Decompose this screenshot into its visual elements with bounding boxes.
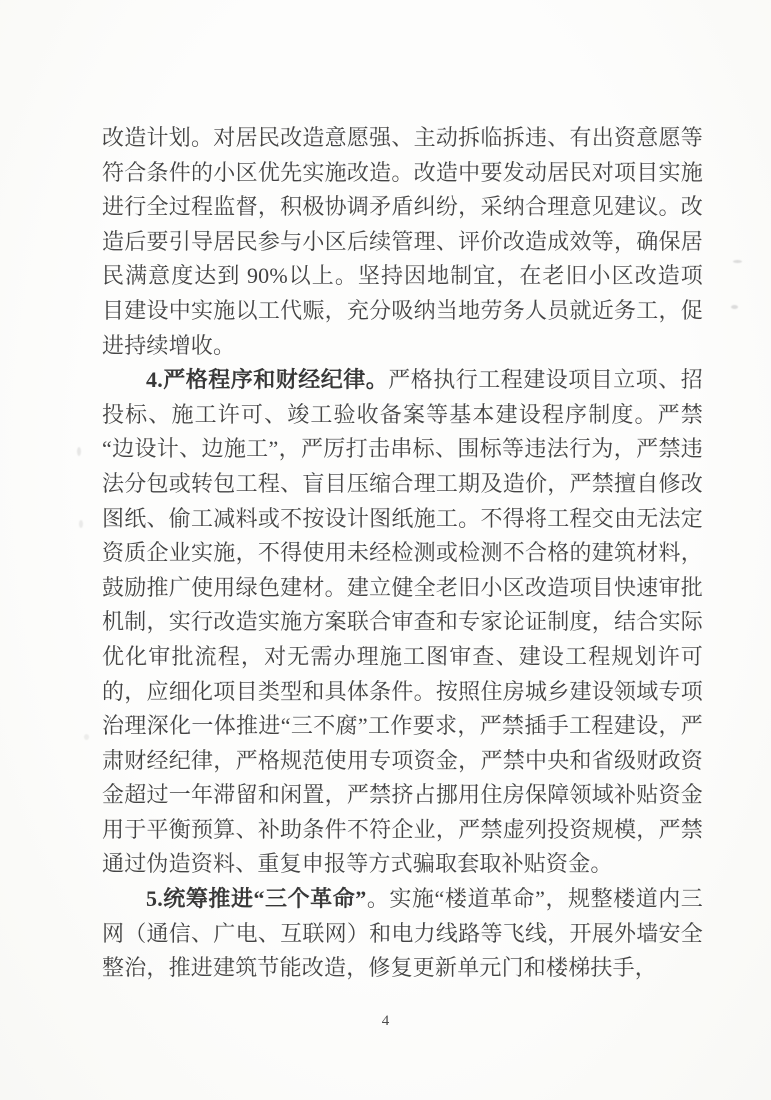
scan-speckle xyxy=(77,447,81,456)
scan-speckle xyxy=(731,305,738,309)
paragraph-heading: 4.严格程序和财经纪律。 xyxy=(146,367,388,392)
scan-speckle xyxy=(733,260,742,263)
paragraph-heading: 5.统筹推进“三个革命” xyxy=(146,886,367,911)
document-paragraph: 4.严格程序和财经纪律。严格执行工程建设项目立项、招投标、施工许可、竣工验收备案… xyxy=(102,363,703,882)
paragraph-text: 改造计划。对居民改造意愿强、主动拆临拆违、有出资意愿等符合条件的小区优先实施改造… xyxy=(102,125,703,358)
scan-speckle xyxy=(79,520,83,528)
document-paragraph: 改造计划。对居民改造意愿强、主动拆临拆违、有出资意愿等符合条件的小区优先实施改造… xyxy=(102,121,703,363)
document-paragraph: 5.统筹推进“三个革命”。实施“楼道革命”，规整楼道内三网（通信、广电、互联网）… xyxy=(102,882,703,986)
body-text: 改造计划。对居民改造意愿强、主动拆临拆违、有出资意愿等符合条件的小区优先实施改造… xyxy=(102,121,703,986)
page-number: 4 xyxy=(0,1013,771,1030)
paragraph-text: 严格执行工程建设项目立项、招投标、施工许可、竣工验收备案等基本建设程序制度。严禁… xyxy=(102,367,703,876)
document-page: 改造计划。对居民改造意愿强、主动拆临拆违、有出资意愿等符合条件的小区优先实施改造… xyxy=(0,0,771,1100)
scan-speckle xyxy=(84,734,89,740)
